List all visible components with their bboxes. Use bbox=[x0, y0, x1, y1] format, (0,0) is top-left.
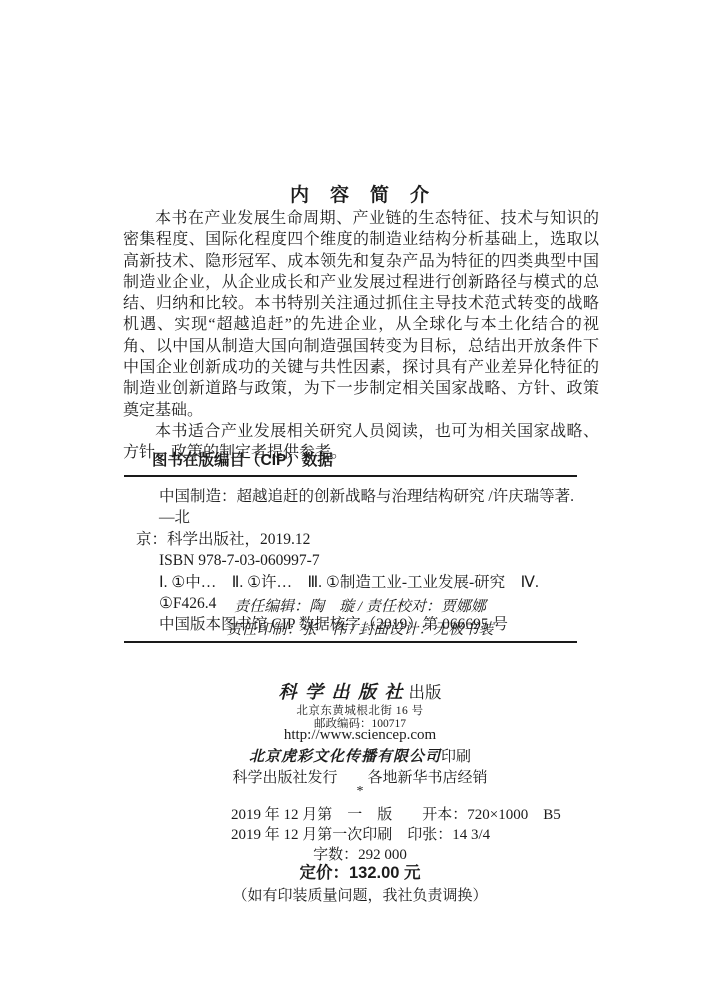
staff-credits: 责任编辑：陶 璇 / 责任校对：贾娜娜 责任印制：张 伟 / 封面设计：无极书装 bbox=[0, 596, 720, 641]
content-summary-title: 内 容 简 介 bbox=[0, 180, 720, 207]
credits-editors-line: 责任编辑：陶 璇 / 责任校对：贾娜娜 bbox=[0, 596, 720, 619]
credits-print-design-line: 责任印制：张 伟 / 封面设计：无极书装 bbox=[0, 619, 720, 642]
publisher-suffix: 出版 bbox=[409, 683, 442, 702]
separator-asterisk: * bbox=[0, 784, 720, 800]
publisher-name: 科 学 出 版 社 bbox=[279, 682, 405, 702]
cip-title-author-line: 中国制造：超越追赶的创新战略与治理结构研究 /许庆瑞等著. —北 bbox=[136, 486, 577, 529]
content-summary-body: 本书在产业发展生命周期、产业链的生态特征、技术与知识的密集程度、国际化程度四个维… bbox=[123, 208, 599, 464]
quality-note: （如有印装质量问题，我社负责调换） bbox=[0, 884, 720, 905]
price: 定价：132.00 元 bbox=[0, 859, 720, 883]
edition-info: 2019 年 12 月第 一 版 开本：720×1000 B5 2019 年 1… bbox=[231, 805, 561, 845]
printer-suffix: 印刷 bbox=[441, 749, 471, 765]
colophon-page: 内 容 简 介 本书在产业发展生命周期、产业链的生态特征、技术与知识的密集程度、… bbox=[0, 0, 720, 1000]
publisher-line: 科 学 出 版 社 出版 bbox=[0, 678, 720, 704]
publisher-website: http://www.sciencep.com bbox=[0, 727, 720, 744]
printer-line: 北京虎彩文化传播有限公司印刷 bbox=[0, 745, 720, 766]
edition-line-first-printing: 2019 年 12 月第 一 版 开本：720×1000 B5 bbox=[231, 805, 561, 825]
summary-paragraph: 本书在产业发展生命周期、产业链的生态特征、技术与知识的密集程度、国际化程度四个维… bbox=[123, 208, 599, 421]
cip-heading: 图书在版编目（CIP）数据 bbox=[124, 448, 577, 477]
edition-line-print-run: 2019 年 12 月第一次印刷 印张：14 3/4 bbox=[231, 825, 561, 845]
printer-name: 北京虎彩文化传播有限公司 bbox=[249, 749, 441, 765]
cip-isbn: ISBN 978-7-03-060997-7 bbox=[136, 550, 577, 571]
cip-publisher-line: 京：科学出版社，2019.12 bbox=[136, 529, 577, 550]
